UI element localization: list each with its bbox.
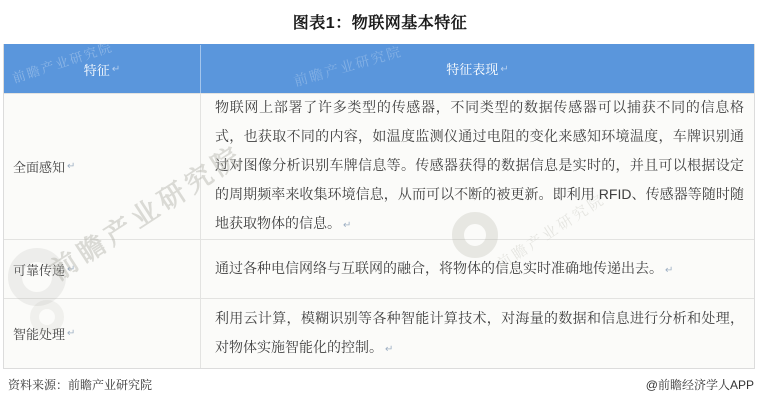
figure-title: 图表1：物联网基本特征 [0, 10, 760, 33]
description-text: 物联网上部署了许多类型的传感器，不同类型的数据传感器可以捕获不同的信息格式，也获… [215, 93, 744, 240]
return-mark-icon: ↵ [665, 265, 673, 276]
description-body: 通过各种电信网络与互联网的融合，将物体的信息实时准确地传递出去。 [215, 260, 663, 276]
return-mark-icon: ↵ [67, 264, 75, 275]
description-text: 通过各种电信网络与互联网的融合，将物体的信息实时准确地传递出去。↵ [215, 254, 744, 285]
description-cell: 物联网上部署了许多类型的传感器，不同类型的数据传感器可以捕获不同的信息格式，也获… [201, 94, 754, 239]
feature-label: 可靠传递 [13, 260, 65, 279]
brand-note: @前瞻经济学人APP [646, 376, 754, 393]
return-mark-icon: ↵ [385, 344, 393, 355]
feature-cell: 可靠传递↵ [4, 240, 201, 298]
table-row: 可靠传递↵ 通过各种电信网络与互联网的融合，将物体的信息实时准确地传递出去。↵ [4, 239, 754, 298]
figure-page: 图表1：物联网基本特征 特征↵ 特征表现↵ 全面感知↵ 物联网上部署了许多类型的… [0, 0, 760, 404]
table-row: 全面感知↵ 物联网上部署了许多类型的传感器，不同类型的数据传感器可以捕获不同的信… [4, 93, 754, 239]
description-cell: 利用云计算，模糊识别等各种智能计算技术，对海量的数据和信息进行分析和处理，对物体… [201, 299, 754, 368]
features-table: 特征↵ 特征表现↵ 全面感知↵ 物联网上部署了许多类型的传感器，不同类型的数据传… [3, 44, 755, 369]
table-row: 智能处理↵ 利用云计算，模糊识别等各种智能计算技术，对海量的数据和信息进行分析和… [4, 298, 754, 368]
description-body: 物联网上部署了许多类型的传感器，不同类型的数据传感器可以捕获不同的信息格式，也获… [215, 99, 744, 231]
feature-label: 智能处理 [13, 324, 65, 343]
description-cell: 通过各种电信网络与互联网的融合，将物体的信息实时准确地传递出去。↵ [201, 240, 754, 298]
return-mark-icon: ↵ [67, 328, 75, 339]
header-performance-label: 特征表现 [446, 55, 498, 84]
header-cell-performance: 特征表现↵ [201, 45, 754, 93]
source-note: 资料来源：前瞻产业研究院 [8, 376, 152, 393]
feature-cell: 智能处理↵ [4, 299, 201, 368]
return-mark-icon: ↵ [67, 161, 75, 172]
return-mark-icon: ↵ [112, 64, 120, 75]
return-mark-icon: ↵ [343, 220, 351, 231]
table-header-row: 特征↵ 特征表现↵ [4, 44, 754, 93]
header-feature-label: 特征 [84, 60, 110, 79]
feature-label: 全面感知 [13, 157, 65, 176]
feature-cell: 全面感知↵ [4, 94, 201, 239]
header-cell-feature: 特征↵ [4, 45, 201, 93]
return-mark-icon: ↵ [500, 55, 508, 84]
description-body: 利用云计算，模糊识别等各种智能计算技术，对海量的数据和信息进行分析和处理，对物体… [215, 310, 744, 355]
description-text: 利用云计算，模糊识别等各种智能计算技术，对海量的数据和信息进行分析和处理，对物体… [215, 304, 744, 364]
